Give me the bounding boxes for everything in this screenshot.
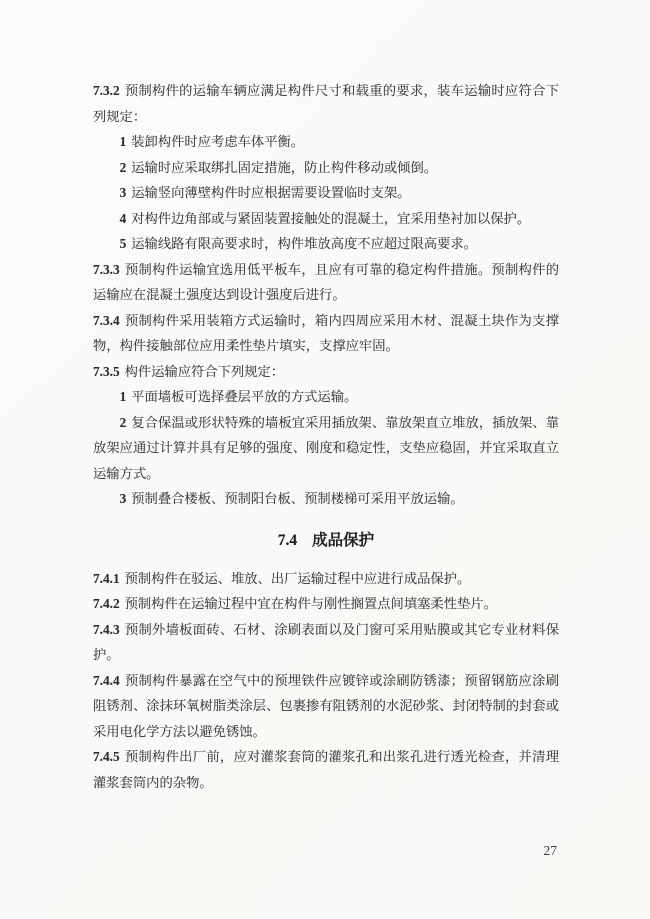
section-heading-title: 成品保护	[312, 532, 374, 549]
paragraph-number: 4	[120, 211, 127, 226]
paragraph-number: 7.3.4	[93, 313, 120, 328]
list-item-paragraph: 3预制叠合楼板、预制阳台板、预制楼梯可采用平放运输。	[93, 486, 559, 512]
paragraph-number: 3	[120, 185, 127, 200]
paragraph-number: 7.3.2	[93, 83, 120, 98]
list-item-paragraph: 4对构件边角部或与紧固装置接触处的混凝土，宜采用垫衬加以保护。	[93, 206, 559, 232]
paragraph-number: 7.4.5	[93, 749, 120, 764]
paragraph-number: 1	[120, 389, 127, 404]
list-item-paragraph: 1平面墙板可选择叠层平放的方式运输。	[93, 384, 559, 410]
scanned-document-page: 7.3.2预制构件的运输车辆应满足构件尺寸和载重的要求，装车运输时应符合下列规定…	[0, 0, 650, 919]
paragraph-number: 7.3.5	[93, 364, 120, 379]
paragraph-number: 2	[120, 160, 127, 175]
list-item-paragraph: 2复合保温或形状特殊的墙板宜采用插放架、靠放架直立堆放，插放架、靠放架应通过计算…	[93, 410, 559, 487]
paragraph-number: 1	[120, 134, 127, 149]
paragraph-number: 5	[120, 236, 127, 251]
page-number: 27	[93, 841, 559, 861]
clause-paragraph: 7.4.1预制构件在驳运、堆放、出厂运输过程中应进行成品保护。	[93, 566, 559, 592]
clause-paragraph: 7.4.2预制构件在运输过程中宜在构件与刚性搁置点间填塞柔性垫片。	[93, 591, 559, 617]
clause-paragraph: 7.4.4预制构件暴露在空气中的预埋铁件应镀锌或涂刷防锈漆；预留钢筋应涂刷阻锈剂…	[93, 668, 559, 745]
list-item-paragraph: 5运输线路有限高要求时，构件堆放高度不应超过限高要求。	[93, 231, 559, 257]
list-item-paragraph: 1装卸构件时应考虑车体平衡。	[93, 129, 559, 155]
paragraph-number: 3	[120, 491, 127, 506]
clause-paragraph: 7.3.4预制构件采用装箱方式运输时，箱内四周应采用木材、混凝土块作为支撑物，构…	[93, 308, 559, 359]
clause-paragraph: 7.4.3预制外墙板面砖、石材、涂刷表面以及门窗可采用贴膜或其它专业材料保护。	[93, 617, 559, 668]
clause-paragraph: 7.3.5构件运输应符合下列规定：	[93, 359, 559, 385]
clause-paragraph: 7.3.2预制构件的运输车辆应满足构件尺寸和载重的要求，装车运输时应符合下列规定…	[93, 78, 559, 129]
list-item-paragraph: 3运输竖向薄壁构件时应根据需要设置临时支架。	[93, 180, 559, 206]
paragraph-number: 7.4.1	[93, 571, 120, 586]
clause-paragraph: 7.4.5预制构件出厂前，应对灌浆套筒的灌浆孔和出浆孔进行透光检查，并清理灌浆套…	[93, 744, 559, 795]
paragraph-number: 7.4.2	[93, 596, 120, 611]
section-heading: 7.4成品保护	[93, 528, 559, 554]
section-heading-number: 7.4	[278, 532, 297, 549]
paragraph-number: 2	[120, 415, 127, 430]
paragraph-number: 7.4.4	[93, 673, 120, 688]
clause-paragraph: 7.3.3预制构件运输宜选用低平板车，且应有可靠的稳定构件措施。预制构件的运输应…	[93, 257, 559, 308]
paragraph-number: 7.3.3	[93, 262, 120, 277]
list-item-paragraph: 2运输时应采取绑扎固定措施，防止构件移动或倾倒。	[93, 155, 559, 181]
document-body: 7.3.2预制构件的运输车辆应满足构件尺寸和载重的要求，装车运输时应符合下列规定…	[93, 78, 559, 861]
paragraph-number: 7.4.3	[93, 622, 120, 637]
